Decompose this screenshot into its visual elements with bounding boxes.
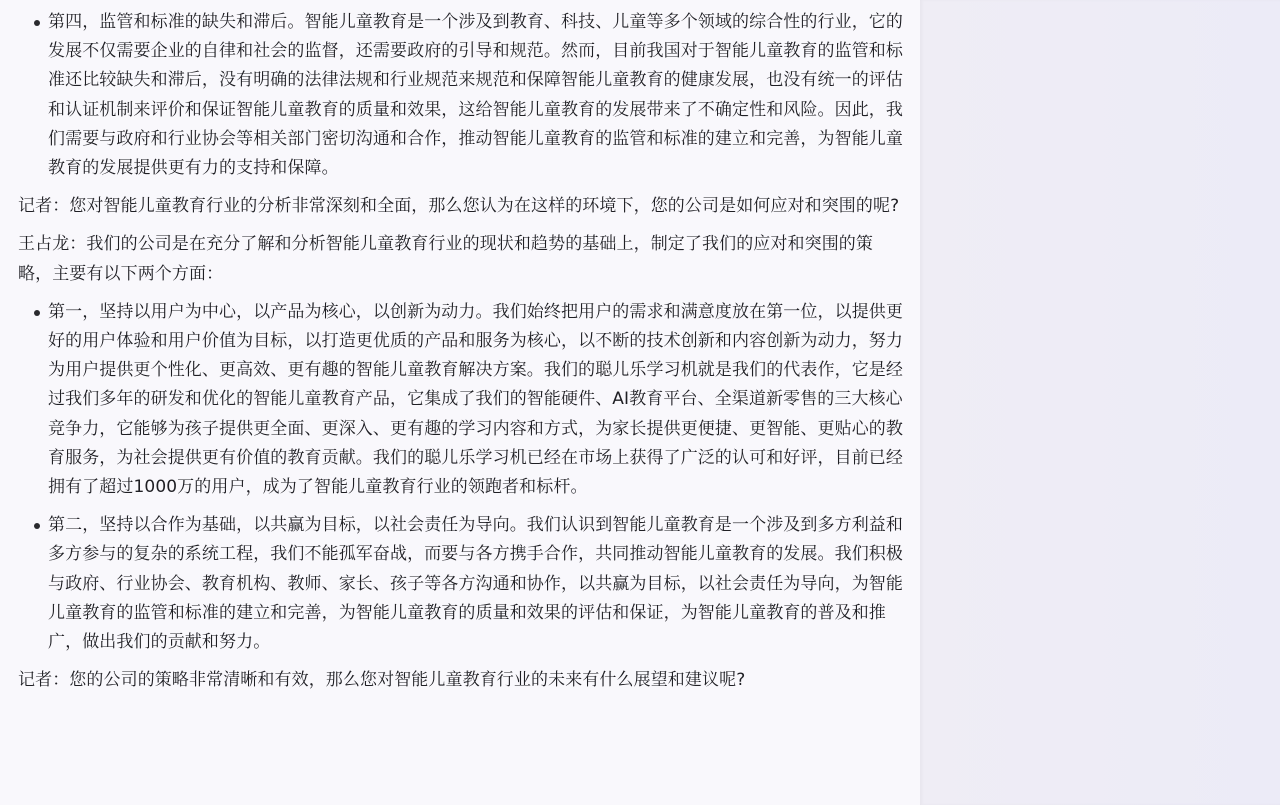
bullet-list-strategy: 第一，坚持以用户为中心，以产品为核心，以创新为动力。我们始终把用户的需求和满意度… — [18, 298, 904, 657]
interviewee-answer-intro: 王占龙：我们的公司是在充分了解和分析智能儿童教育行业的现状和趋势的基础上，制定了… — [18, 230, 904, 288]
bullet-list-regulation: 第四，监管和标准的缺失和滞后。智能儿童教育是一个涉及到教育、科技、儿童等多个领域… — [18, 8, 904, 183]
bullet-item-regulation: 第四，监管和标准的缺失和滞后。智能儿童教育是一个涉及到教育、科技、儿童等多个领域… — [18, 8, 904, 183]
bullet-item-cooperation: 第二，坚持以合作为基础，以共赢为目标，以社会责任为导向。我们认识到智能儿童教育是… — [18, 511, 904, 657]
reporter-question-future: 记者：您的公司的策略非常清晰和有效，那么您对智能儿童教育行业的未来有什么展望和建… — [18, 666, 904, 695]
reporter-question-strategy: 记者：您对智能儿童教育行业的分析非常深刻和全面，那么您认为在这样的环境下，您的公… — [18, 192, 904, 221]
bullet-item-user-centric: 第一，坚持以用户为中心，以产品为核心，以创新为动力。我们始终把用户的需求和满意度… — [18, 298, 904, 502]
article-body: 第四，监管和标准的缺失和滞后。智能儿童教育是一个涉及到教育、科技、儿童等多个领域… — [18, 8, 904, 704]
side-panel — [920, 0, 1280, 805]
article-content: 第四，监管和标准的缺失和滞后。智能儿童教育是一个涉及到教育、科技、儿童等多个领域… — [0, 0, 920, 805]
